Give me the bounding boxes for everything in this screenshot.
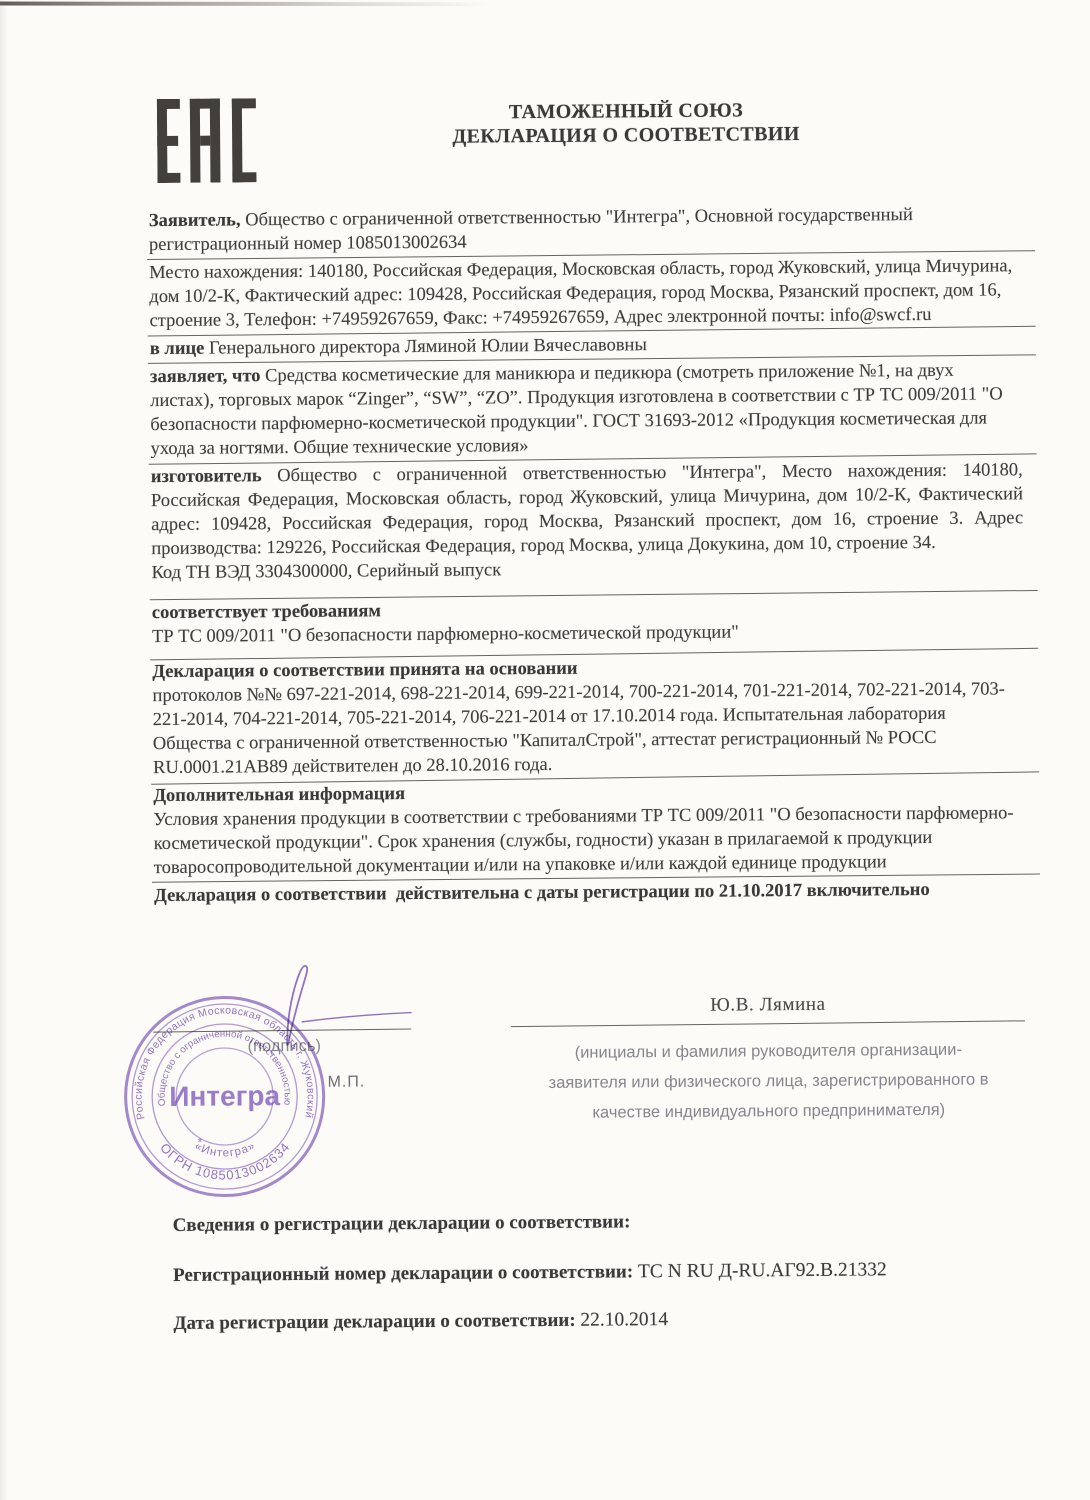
registration-date-label: Дата регистрации декларации о соответств…: [173, 1310, 575, 1334]
registration-date-value: 22.10.2014: [580, 1309, 668, 1331]
company-round-stamp: Российская Федерация Московская область …: [121, 993, 329, 1201]
document: ТАМОЖЕННЫЙ СОЮЗ ДЕКЛАРАЦИЯ О СООТВЕТСТВИ…: [0, 0, 1090, 1500]
stamp-star: *: [198, 1137, 203, 1149]
registration-number-value: ТС N RU Д-RU.АГ92.В.21332: [638, 1259, 887, 1282]
scanned-declaration-page: ТАМОЖЕННЫЙ СОЮЗ ДЕКЛАРАЦИЯ О СООТВЕТСТВИ…: [0, 0, 1090, 1500]
stamp-inner-bottom-text: «Интегра»: [193, 1140, 258, 1160]
stamp-center-text: Интегра: [169, 1080, 280, 1112]
registration-number-label: Регистрационный номер декларации о соотв…: [173, 1261, 633, 1286]
